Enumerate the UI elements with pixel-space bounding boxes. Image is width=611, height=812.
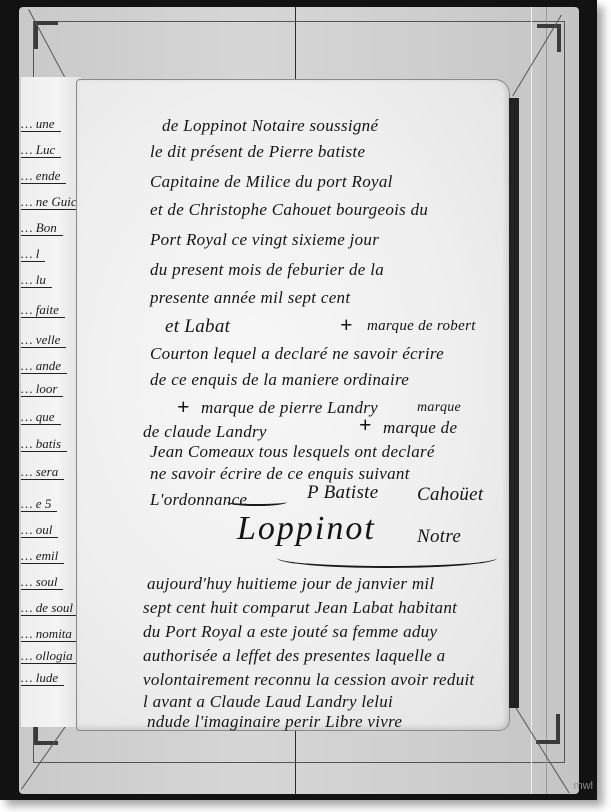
under-line: … batis: [21, 437, 67, 452]
text-line: et de Christophe Cahouet bourgeois du: [150, 200, 428, 220]
text-line: marque de: [383, 418, 457, 438]
second-act-line: l avant a Claude Laud Landry lelui: [143, 692, 393, 712]
text-line: presente année mil sept cent: [150, 288, 350, 308]
text-line: Port Royal ce vingt sixieme jour: [150, 230, 379, 250]
text-line: marque de robert: [367, 318, 476, 335]
text-line: de ce enquis de la maniere ordinaire: [150, 370, 409, 390]
under-line: … lu: [21, 273, 52, 288]
corner-bracket-br-v: [556, 714, 560, 744]
under-line: … oul: [21, 523, 58, 538]
under-line: … nomita: [21, 627, 78, 642]
signature-batiste: P Batiste: [307, 482, 378, 504]
under-line: … Bon: [21, 221, 63, 236]
cross-mark-icon: +: [359, 412, 372, 438]
text-line: le dit présent de Pierre batiste: [150, 142, 365, 162]
second-act-line: aujourd'huy huitieme jour de janvier mil: [147, 574, 434, 594]
text-line: Courton lequel a declaré ne savoir écrir…: [150, 344, 444, 364]
labat-mark-text: et Labat: [165, 316, 230, 338]
under-line: … ande: [21, 359, 67, 374]
signature-loppinot: Loppinot: [237, 510, 376, 548]
second-act-line: du Port Royal a este jouté sa femme aduy: [143, 622, 437, 642]
under-line: … Luc: [21, 143, 61, 158]
corner-bracket-tr-v: [557, 24, 561, 52]
second-act-line: authorisée a leffet des presentes laquel…: [143, 646, 445, 666]
mount-edge-line: [546, 7, 547, 794]
underlying-page: … une … Luc … ende … ne Guiche … Bon … l…: [21, 77, 81, 727]
under-line: … une: [21, 117, 61, 132]
manuscript-page: de Loppinot Notaire soussigné le dit pré…: [77, 80, 509, 730]
film-mount: … une … Luc … ende … ne Guiche … Bon … l…: [19, 7, 579, 794]
text-line: de claude Landry: [143, 422, 267, 442]
signature-flourish: [277, 548, 497, 568]
under-line: … e 5: [21, 497, 57, 512]
mount-edge-highlight: [531, 7, 532, 794]
under-line: … soul: [21, 575, 63, 590]
text-line: de Loppinot Notaire soussigné: [162, 116, 378, 136]
under-line: … que: [21, 410, 61, 425]
flourish: [227, 498, 287, 506]
under-line: … faite: [21, 303, 65, 318]
text-line: Capitaine de Milice du port Royal: [150, 172, 393, 192]
under-line: … loor: [21, 382, 63, 397]
under-line: … sera: [21, 465, 64, 480]
second-act-line: ndude l'imaginaire perir Libre vivre: [147, 712, 402, 732]
cross-mark-icon: +: [340, 312, 353, 338]
text-line: marque de pierre Landry: [201, 398, 378, 418]
under-line: … ende: [21, 169, 66, 184]
under-line: … velle: [21, 333, 66, 348]
under-line: … lude: [21, 671, 64, 686]
under-line: … l: [21, 247, 45, 262]
second-act-line: sept cent huit comparut Jean Labat habit…: [143, 598, 457, 618]
page-shadow-edge: [509, 98, 519, 708]
under-line: … emil: [21, 549, 64, 564]
under-line: … de soul: [21, 601, 79, 616]
cross-mark-icon: +: [177, 394, 190, 420]
text-line: du present mois de feburier de la: [150, 260, 384, 280]
under-line: … ollogia: [21, 649, 79, 664]
text-line: ne savoir écrire de ce enquis suivant: [150, 464, 410, 484]
text-line: marque: [417, 400, 461, 416]
text-line: Jean Comeaux tous lesquels ont declaré: [150, 442, 435, 462]
signature-paraph: Notre: [417, 526, 461, 548]
signature-cahouet: Cahoüet: [417, 484, 484, 506]
second-act-line: volontairement reconnu la cession avoir …: [143, 670, 475, 690]
watermark-mwl: mwl: [573, 780, 593, 792]
